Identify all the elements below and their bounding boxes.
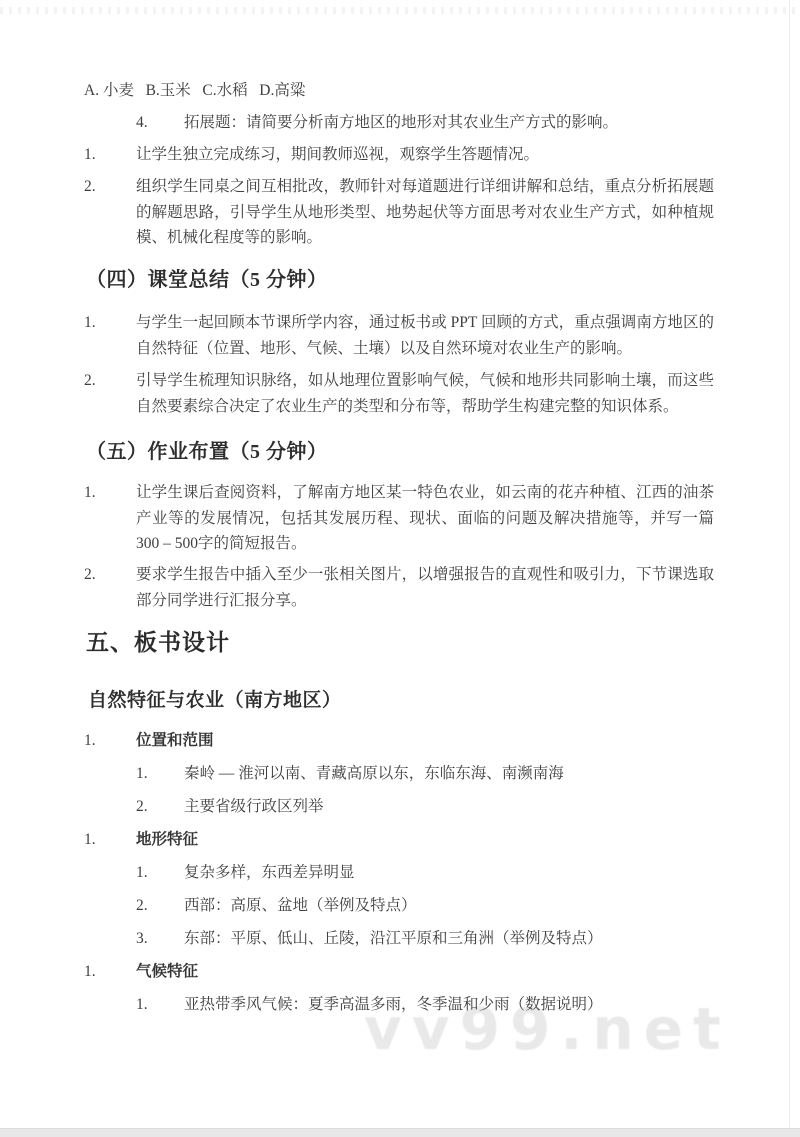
board-item-text: 复杂多样，东西差异明显 — [184, 860, 714, 886]
board-item: 2. 主要省级行政区列举 — [136, 794, 714, 820]
section-heading-summary: （四）课堂总结（5 分钟） — [86, 266, 328, 294]
board-group-label: 位置和范围 — [136, 728, 714, 754]
list-number: 1. — [84, 728, 96, 754]
list-item: 2. 组织学生同桌之间互相批改，教师针对每道题进行详细讲解和总结，重点分析拓展题… — [84, 174, 714, 251]
list-item: 2. 要求学生报告中插入至少一张相关图片，以增强报告的直观性和吸引力，下节课选取… — [84, 562, 714, 613]
list-number: 1. — [84, 827, 96, 853]
board-group-label: 气候特征 — [136, 959, 714, 985]
list-text: 拓展题：请简要分析南方地区的地形对其农业生产方式的影响。 — [184, 110, 714, 136]
list-number: 2. — [84, 368, 96, 394]
list-number: 1. — [84, 959, 96, 985]
board-item-text: 亚热带季风气候：夏季高温多雨，冬季温和少雨（数据说明） — [184, 992, 714, 1018]
list-text: 组织学生同桌之间互相批改，教师针对每道题进行详细讲解和总结，重点分析拓展题的解题… — [136, 174, 714, 251]
list-number: 1. — [84, 310, 96, 336]
list-number: 1. — [84, 480, 96, 506]
board-item-text: 东部：平原、低山、丘陵，沿江平原和三角洲（举例及特点） — [184, 926, 714, 952]
board-group-title: 1. 气候特征 — [84, 959, 714, 985]
list-text: 与学生一起回顾本节课所学内容，通过板书或 PPT 回顾的方式，重点强调南方地区的… — [136, 310, 714, 361]
list-number: 1. — [136, 992, 148, 1018]
document-page: vv99.net A. 小麦 B.玉米 C.水稻 D.高粱 4. 拓展题：请简要… — [0, 0, 800, 1137]
board-group-label: 地形特征 — [136, 827, 714, 853]
board-title: 自然特征与农业（南方地区） — [88, 688, 342, 714]
list-item: 1. 让学生课后查阅资料，了解南方地区某一特色农业，如云南的花卉种植、江西的油茶… — [84, 480, 714, 557]
list-number: 2. — [136, 794, 148, 820]
list-number: 1. — [136, 761, 148, 787]
section-heading-homework: （五）作业布置（5 分钟） — [86, 438, 328, 466]
board-group-title: 1. 地形特征 — [84, 827, 714, 853]
list-number: 1. — [84, 142, 96, 168]
board-item: 1. 亚热带季风气候：夏季高温多雨，冬季温和少雨（数据说明） — [136, 992, 714, 1018]
board-item: 1. 秦岭 — 淮河以南、青藏高原以东，东临东海、南濒南海 — [136, 761, 714, 787]
list-item: 4. 拓展题：请简要分析南方地区的地形对其农业生产方式的影响。 — [136, 110, 714, 136]
board-item-text: 主要省级行政区列举 — [184, 794, 714, 820]
list-number: 2. — [84, 174, 96, 200]
list-number: 2. — [84, 562, 96, 588]
chapter-heading-board-design: 五、板书设计 — [86, 628, 230, 658]
list-item: 1. 让学生独立完成练习，期间教师巡视，观察学生答题情况。 — [84, 142, 714, 168]
list-number: 2. — [136, 893, 148, 919]
list-item: 1. 与学生一起回顾本节课所学内容，通过板书或 PPT 回顾的方式，重点强调南方… — [84, 310, 714, 361]
document-content: A. 小麦 B.玉米 C.水稻 D.高粱 4. 拓展题：请简要分析南方地区的地形… — [0, 0, 800, 1137]
board-item-text: 西部：高原、盆地（举例及特点） — [184, 893, 714, 919]
board-group-title: 1. 位置和范围 — [84, 728, 714, 754]
list-item: 2. 引导学生梳理知识脉络，如从地理位置影响气候，气候和地形共同影响土壤，而这些… — [84, 368, 714, 419]
board-item: 1. 复杂多样，东西差异明显 — [136, 860, 714, 886]
answer-options-line: A. 小麦 B.玉米 C.水稻 D.高粱 — [84, 78, 305, 104]
board-item: 2. 西部：高原、盆地（举例及特点） — [136, 893, 714, 919]
list-text: 引导学生梳理知识脉络，如从地理位置影响气候，气候和地形共同影响土壤，而这些自然要… — [136, 368, 714, 419]
list-text: 让学生课后查阅资料，了解南方地区某一特色农业，如云南的花卉种植、江西的油茶产业等… — [136, 480, 714, 557]
list-number: 3. — [136, 926, 148, 952]
list-number: 1. — [136, 860, 148, 886]
list-text: 让学生独立完成练习，期间教师巡视，观察学生答题情况。 — [136, 142, 714, 168]
board-item: 3. 东部：平原、低山、丘陵，沿江平原和三角洲（举例及特点） — [136, 926, 714, 952]
board-item-text: 秦岭 — 淮河以南、青藏高原以东，东临东海、南濒南海 — [184, 761, 714, 787]
list-text: 要求学生报告中插入至少一张相关图片，以增强报告的直观性和吸引力，下节课选取部分同… — [136, 562, 714, 613]
list-number: 4. — [136, 110, 148, 136]
